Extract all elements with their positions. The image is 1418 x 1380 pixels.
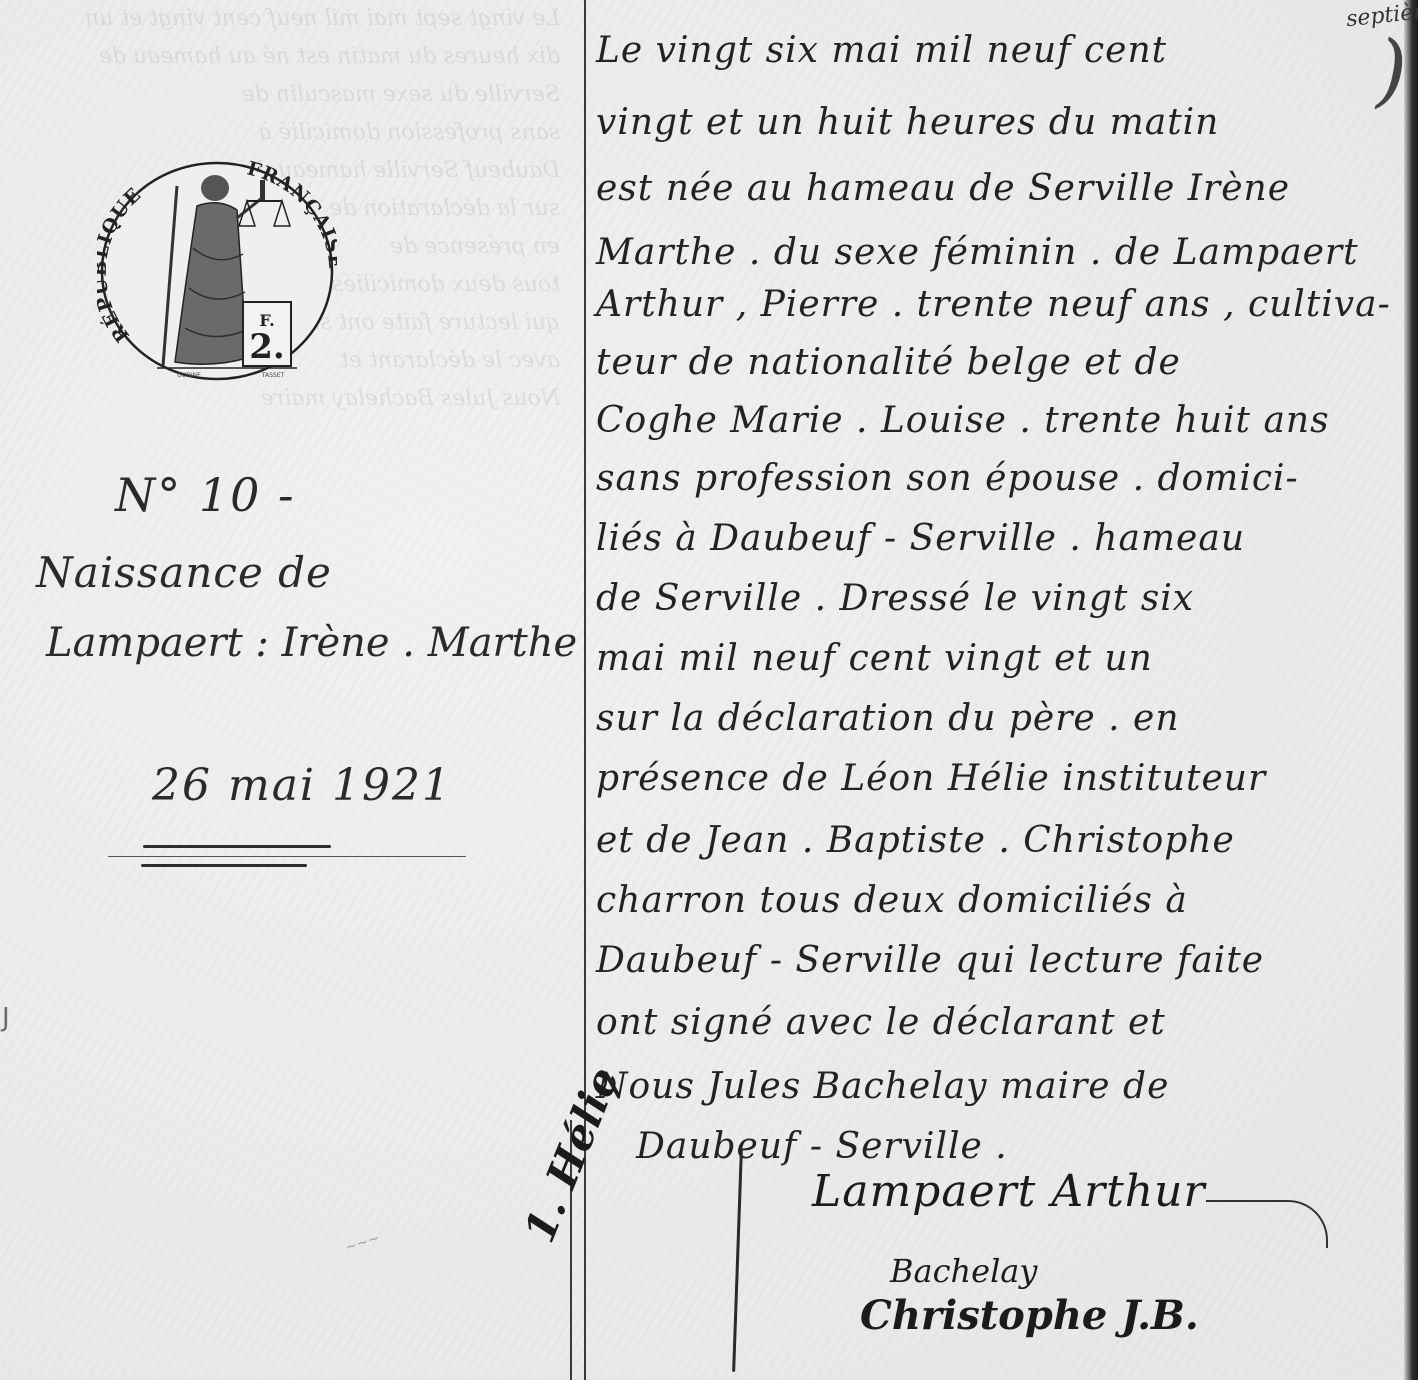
margin-approval-signature: 1. Hélie bbox=[515, 1060, 629, 1249]
stamp-engraver-right: TASSET bbox=[261, 372, 285, 379]
act-title-line-2: Lampaert : Irène . Marthe bbox=[46, 620, 577, 666]
republique-francaise-tax-stamp: RÉPUBLIQUE FRANÇAISE F. 2. OUDINE TASSET bbox=[97, 158, 337, 383]
register-page: Le vingt sept mai mil neuf cent vingt et… bbox=[0, 0, 1418, 1380]
act-line: ont signé avec le déclarant et bbox=[596, 1002, 1166, 1043]
page-binding-edge bbox=[1404, 0, 1418, 1380]
act-line: charron tous deux domiciliés à bbox=[596, 880, 1188, 921]
act-line: Le vingt six mai mil neuf cent bbox=[596, 30, 1167, 71]
insertion-bracket: ) bbox=[1376, 30, 1407, 110]
signature-flourish bbox=[1206, 1200, 1328, 1248]
act-line: Nous Jules Bachelay maire de bbox=[596, 1066, 1169, 1107]
signature-brace bbox=[732, 1150, 743, 1372]
faded-pencil-scribble: ~~~ bbox=[343, 1230, 381, 1256]
act-title-line-1: Naissance de bbox=[36, 548, 332, 597]
act-line: sur la déclaration du père . en bbox=[596, 698, 1180, 739]
act-line: Marthe . du sexe féminin . de Lampaert bbox=[596, 232, 1359, 273]
act-line: de Serville . Dressé le vingt six bbox=[596, 578, 1194, 619]
date-underline-3 bbox=[141, 864, 307, 867]
act-line: teur de nationalité belge et de bbox=[596, 342, 1181, 383]
act-line: sans profession son épouse . domici- bbox=[596, 458, 1299, 499]
act-line: et de Jean . Baptiste . Christophe bbox=[596, 820, 1235, 861]
act-line: présence de Léon Hélie instituteur bbox=[596, 758, 1266, 799]
act-date: 26 mai 1921 bbox=[152, 760, 452, 811]
date-underline-2 bbox=[108, 856, 466, 857]
witness-signature: Christophe J.B. bbox=[860, 1292, 1199, 1339]
act-line: mai mil neuf cent vingt et un bbox=[596, 638, 1153, 679]
marianne-justice-stamp-icon: RÉPUBLIQUE FRANÇAISE F. 2. OUDINE TASSET bbox=[97, 158, 337, 383]
act-number: N° 10 - bbox=[115, 468, 296, 522]
act-line: est née au hameau de Serville Irène bbox=[596, 168, 1290, 209]
declarant-signature: Lampaert Arthur bbox=[812, 1166, 1206, 1217]
signature-block: 1. Hélie Lampaert Arthur Bachelay Christ… bbox=[560, 1140, 1400, 1380]
date-underline-1 bbox=[143, 845, 331, 848]
stamp-engraver-left: OUDINE bbox=[177, 372, 201, 379]
act-line: Arthur , Pierre . trente neuf ans , cult… bbox=[596, 284, 1391, 325]
act-line: Coghe Marie . Louise . trente huit ans bbox=[596, 400, 1330, 441]
act-line: Daubeuf - Serville qui lecture faite bbox=[596, 940, 1264, 981]
act-line: liés à Daubeuf - Serville . hameau bbox=[596, 518, 1245, 559]
act-line: vingt et un huit heures du matin bbox=[596, 102, 1219, 143]
stamp-denomination-value: 2. bbox=[249, 327, 285, 367]
mayor-signature: Bachelay bbox=[890, 1252, 1037, 1290]
stray-margin-mark: J bbox=[2, 1003, 10, 1033]
